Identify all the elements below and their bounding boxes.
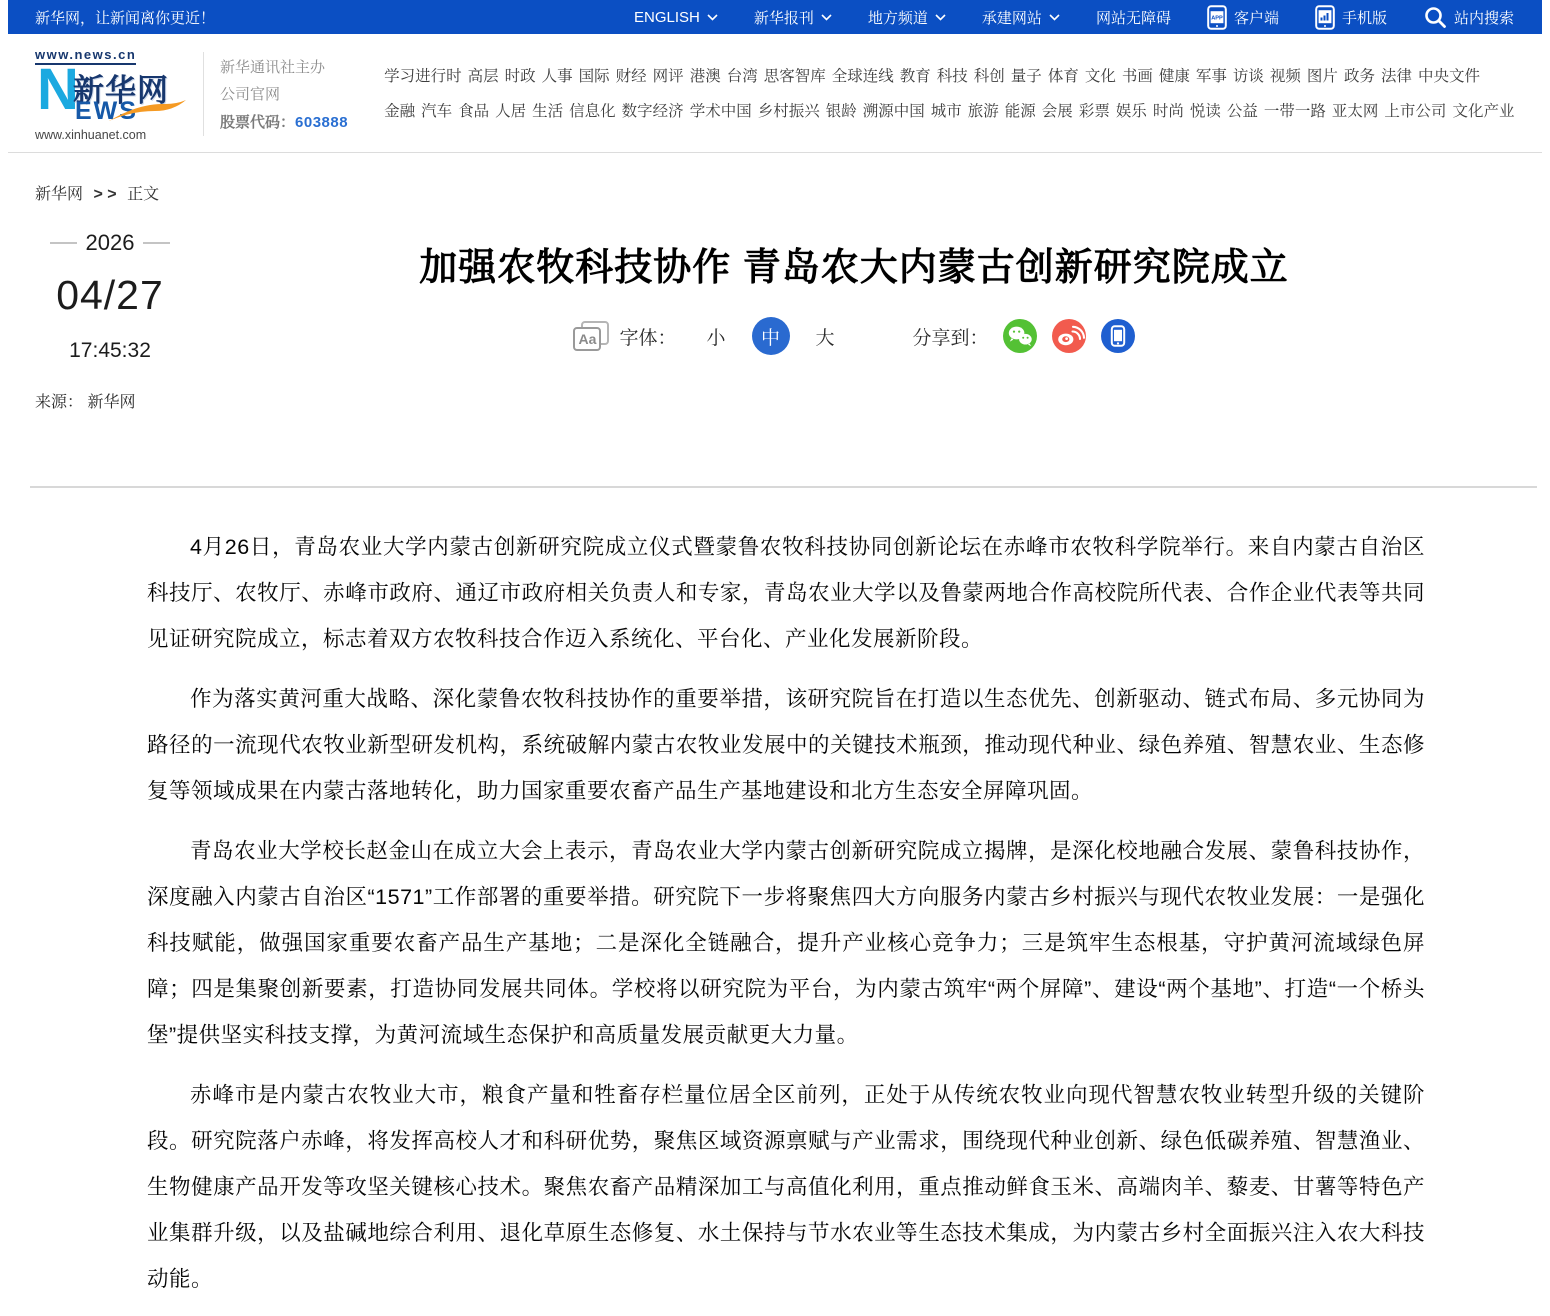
header-nav-link[interactable]: 访谈 [1233, 68, 1264, 85]
font-size-icon[interactable]: Aa [573, 321, 609, 351]
header-nav-link[interactable]: 健康 [1159, 68, 1190, 85]
header-nav-link[interactable]: 彩票 [1079, 103, 1110, 120]
header-nav-link[interactable]: 国际 [579, 68, 610, 85]
topbar-right-menu: ENGLISH 新华报刊 地方频道 承建网站 网站无障碍 [634, 5, 1514, 30]
topbar-menu-periodicals[interactable]: 新华报刊 [754, 7, 832, 28]
header-nav-link[interactable]: 旅游 [968, 103, 999, 120]
logo-url-bottom: www.xinhuanet.com [35, 128, 146, 142]
header-nav-link[interactable]: 政务 [1344, 68, 1375, 85]
app-phone-icon: APP [1207, 5, 1227, 30]
organizer-line2: 公司官网 [220, 84, 348, 105]
header-nav-link[interactable]: 人居 [495, 103, 526, 120]
breadcrumb: 新华网 > > 正文 [35, 181, 1550, 204]
header-nav-link[interactable]: 时政 [505, 68, 536, 85]
article-year-row: 2026 [35, 230, 185, 256]
topbar-menu-accessibility-label: 网站无障碍 [1096, 7, 1171, 28]
article-meta-column: 2026 04/27 17:45:32 来源： 新华网 [35, 220, 185, 412]
font-size-label: 字体： [619, 323, 676, 350]
article-date: 04/27 [35, 272, 185, 319]
xinhuanet-logo[interactable]: www.news.cn N 新华网 EWS www.xinhuanet.com [35, 46, 187, 142]
header-nav-link[interactable]: 会展 [1042, 103, 1073, 120]
mobile-share-icon[interactable] [1101, 319, 1135, 353]
topbar-slogan-link[interactable]: 新华网，让新闻离你更近！ [35, 7, 215, 28]
font-size-icon-glyph: Aa [573, 327, 601, 351]
topbar-mobile-version-button[interactable]: 手机版 [1315, 5, 1387, 30]
font-size-medium-button[interactable]: 中 [752, 317, 790, 355]
article-paragraph: 作为落实黄河重大战略、深化蒙鲁农牧科技协作的重要举措，该研究院旨在打造以生态优先… [147, 676, 1425, 814]
header-nav-link[interactable]: 文化产业 [1452, 103, 1514, 120]
topbar-site-search-button[interactable]: 站内搜索 [1423, 5, 1514, 29]
header-nav-link[interactable]: 高层 [468, 68, 499, 85]
header-nav-link[interactable]: 悦读 [1190, 103, 1221, 120]
topbar: 新华网，让新闻离你更近！ ENGLISH 新华报刊 地方频道 承建网站 [8, 0, 1542, 34]
article-source-value: 新华网 [87, 394, 135, 411]
year-dash-left [50, 242, 77, 244]
svg-text:APP: APP [1211, 15, 1223, 21]
article-head-center: 加强农牧科技协作 青岛农大内蒙古创新研究院成立 Aa 字体： 小 中 大 分享到… [185, 220, 1523, 412]
header-nav-link[interactable]: 视频 [1270, 68, 1301, 85]
header-nav-link[interactable]: 思客智库 [764, 68, 826, 85]
stock-code-value: 603888 [295, 114, 348, 131]
topbar-mobile-version-label: 手机版 [1342, 7, 1387, 28]
wechat-share-icon[interactable] [1003, 319, 1037, 353]
logo-swoosh-icon [109, 99, 187, 130]
topbar-menu-local-channels-label: 地方频道 [868, 7, 928, 28]
topbar-menu-hosted-sites-label: 承建网站 [982, 7, 1042, 28]
header-nav-link[interactable]: 能源 [1005, 103, 1036, 120]
article-title: 加强农牧科技协作 青岛农大内蒙古创新研究院成立 [185, 236, 1523, 291]
article-divider [30, 486, 1537, 488]
share-buttons [1003, 319, 1135, 353]
header-nav-link[interactable]: 数字经济 [622, 103, 684, 120]
header-nav-link[interactable]: 银龄 [826, 103, 857, 120]
header-nav-link[interactable]: 生活 [532, 103, 563, 120]
header-nav-link[interactable]: 教育 [900, 68, 931, 85]
header-nav-link[interactable]: 公益 [1227, 103, 1258, 120]
header-nav-link[interactable]: 财经 [616, 68, 647, 85]
topbar-menu-hosted-sites[interactable]: 承建网站 [982, 7, 1060, 28]
organizer-block: 新华通讯社主办 公司官网 股票代码：603888 [203, 52, 348, 136]
header-nav-link[interactable]: 体育 [1048, 68, 1079, 85]
article-source-label: 来源： [35, 394, 83, 411]
topbar-menu-accessibility[interactable]: 网站无障碍 [1096, 7, 1171, 28]
topbar-site-search-label: 站内搜索 [1454, 7, 1514, 28]
header-nav-link[interactable]: 食品 [458, 103, 489, 120]
font-size-large-button[interactable]: 大 [816, 323, 835, 350]
article-year: 2026 [86, 230, 135, 256]
stock-code-label: 股票代码： [220, 114, 295, 131]
header-nav-link[interactable]: 科创 [974, 68, 1005, 85]
header-nav-link[interactable]: 信息化 [569, 103, 616, 120]
header-nav-link[interactable]: 汽车 [421, 103, 452, 120]
header-nav-link[interactable]: 上市公司 [1384, 103, 1446, 120]
chevron-down-icon [935, 14, 946, 21]
stock-code-line: 股票代码：603888 [220, 111, 348, 132]
mobile-phone-icon [1315, 5, 1335, 30]
header-nav-link[interactable]: 乡村振兴 [758, 103, 820, 120]
header-nav-link[interactable]: 军事 [1196, 68, 1227, 85]
article-tools-row: Aa 字体： 小 中 大 分享到： [185, 317, 1523, 355]
header-nav-link[interactable]: 娱乐 [1116, 103, 1147, 120]
header-nav-link[interactable]: 港澳 [690, 68, 721, 85]
logo-graphic: N 新华网 EWS [35, 63, 187, 125]
header-nav-link[interactable]: 台湾 [727, 68, 758, 85]
breadcrumb-current: 正文 [127, 186, 159, 203]
header-nav-row2: 金融汽车食品人居生活信息化数字经济学术中国乡村振兴银龄溯源中国城市旅游能源会展彩… [384, 94, 1522, 129]
breadcrumb-home-link[interactable]: 新华网 [35, 186, 83, 203]
topbar-client-app-label: 客户端 [1234, 7, 1279, 28]
header-nav-link[interactable]: 网评 [653, 68, 684, 85]
header-nav-link[interactable]: 图片 [1307, 68, 1338, 85]
breadcrumb-separator: > > [93, 186, 116, 203]
header-nav-link[interactable]: 学习进行时 [384, 68, 462, 85]
article-body: 4月26日，青岛农业大学内蒙古创新研究院成立仪式暨蒙鲁农牧科技协同创新论坛在赤峰… [147, 524, 1425, 1302]
topbar-menu-local-channels[interactable]: 地方频道 [868, 7, 946, 28]
header-nav-link[interactable]: 人事 [542, 68, 573, 85]
topbar-client-app-button[interactable]: APP 客户端 [1207, 5, 1279, 30]
year-dash-right [143, 242, 170, 244]
article-paragraph: 赤峰市是内蒙古农牧业大市，粮食产量和牲畜存栏量位居全区前列，正处于从传统农牧业向… [147, 1072, 1425, 1302]
header-nav-link[interactable]: 时尚 [1153, 103, 1184, 120]
topbar-menu-periodicals-label: 新华报刊 [754, 7, 814, 28]
header-nav: 学习进行时高层时政人事国际财经网评港澳台湾思客智库全球连线教育科技科创量子体育文… [384, 59, 1522, 129]
font-size-small-button[interactable]: 小 [706, 323, 725, 350]
header-nav-link[interactable]: 亚太网 [1332, 103, 1379, 120]
article-paragraph: 4月26日，青岛农业大学内蒙古创新研究院成立仪式暨蒙鲁农牧科技协同创新论坛在赤峰… [147, 524, 1425, 662]
header-nav-link[interactable]: 中央文件 [1418, 68, 1480, 85]
topbar-menu-english[interactable]: ENGLISH [634, 9, 718, 26]
article-source: 来源： 新华网 [35, 389, 185, 412]
header-nav-link[interactable]: 量子 [1011, 68, 1042, 85]
article-paragraph: 青岛农业大学校长赵金山在成立大会上表示，青岛农业大学内蒙古创新研究院成立揭牌，是… [147, 828, 1425, 1058]
site-header: www.news.cn N 新华网 EWS www.xinhuanet.com … [8, 34, 1542, 153]
header-nav-link[interactable]: 一带一路 [1264, 103, 1326, 120]
header-nav-link[interactable]: 金融 [384, 103, 415, 120]
organizer-line1: 新华通讯社主办 [220, 57, 348, 78]
header-nav-link[interactable]: 文化 [1085, 68, 1116, 85]
header-nav-link[interactable]: 全球连线 [832, 68, 894, 85]
search-icon [1423, 5, 1447, 29]
header-nav-link[interactable]: 城市 [931, 103, 962, 120]
header-nav-link[interactable]: 法律 [1381, 68, 1412, 85]
article-header: 2026 04/27 17:45:32 来源： 新华网 加强农牧科技协作 青岛农… [35, 220, 1523, 412]
chevron-down-icon [1049, 14, 1060, 21]
header-nav-link[interactable]: 溯源中国 [863, 103, 925, 120]
header-nav-link[interactable]: 学术中国 [690, 103, 752, 120]
header-nav-link[interactable]: 科技 [937, 68, 968, 85]
weibo-share-icon[interactable] [1052, 319, 1086, 353]
topbar-menu-english-label: ENGLISH [634, 9, 700, 26]
chevron-down-icon [821, 14, 832, 21]
article-time: 17:45:32 [35, 339, 185, 363]
chevron-down-icon [707, 14, 718, 21]
header-nav-link[interactable]: 书画 [1122, 68, 1153, 85]
share-label: 分享到： [913, 323, 989, 350]
header-nav-row1: 学习进行时高层时政人事国际财经网评港澳台湾思客智库全球连线教育科技科创量子体育文… [384, 59, 1522, 94]
